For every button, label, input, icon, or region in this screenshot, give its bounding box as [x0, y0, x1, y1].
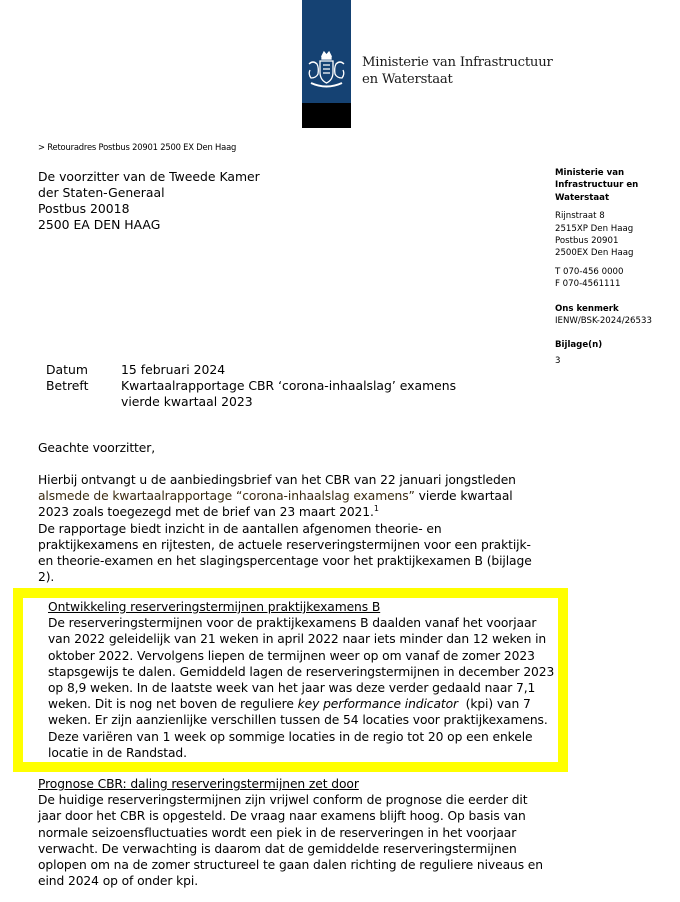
intro-text: 2023 zoals toegezegd met de brief van 23… — [38, 505, 374, 519]
section-line: locatie in de Randstad. — [48, 745, 573, 761]
sender-phone: T 070-456 0000 — [555, 266, 680, 278]
sender-address-line: Postbus 20901 — [555, 235, 680, 247]
sender-name-line: Ministerie van — [555, 167, 680, 179]
reference-block: Ons kenmerk IENW/BSK-2024/26533 — [555, 303, 680, 328]
section-heading: Ontwikkeling reserveringstermijnen prakt… — [48, 599, 573, 615]
reference-label: Ons kenmerk — [555, 303, 680, 315]
section-line: Deze variëren van 1 week op sommige loca… — [48, 729, 573, 745]
sender-name-line: Waterstaat — [555, 192, 680, 204]
ministry-name-line: Ministerie van Infrastructuur — [362, 54, 553, 71]
prognose-section: Prognose CBR: daling reserveringstermijn… — [38, 776, 578, 889]
section-line: weken. Er zijn aanzienlijke verschillen … — [48, 712, 573, 728]
intro-line: 2023 zoals toegezegd met de brief van 23… — [38, 504, 578, 520]
section-line: jaar door het CBR is opgesteld. De vraag… — [38, 808, 578, 824]
highlighted-section: Ontwikkeling reserveringstermijnen prakt… — [13, 588, 568, 772]
section-line: verwacht. De verwachting is daarom dat d… — [38, 841, 578, 857]
intro-line: Hierbij ontvangt u de aanbiedingsbrief v… — [38, 472, 578, 488]
kpi-term: key performance indicator — [298, 697, 458, 711]
sender-fax: F 070-4561111 — [555, 278, 680, 290]
date-value: 15 februari 2024 — [121, 362, 225, 378]
subject-row: Betreft Kwartaalrapportage CBR ‘corona-i… — [46, 378, 456, 410]
sender-address-line: 2500EX Den Haag — [555, 247, 680, 259]
addressee-block: De voorzitter van de Tweede Kamer der St… — [38, 169, 260, 233]
subject-line: vierde kwartaal 2023 — [121, 394, 456, 410]
intro-text: vierde kwartaal — [415, 489, 513, 503]
sender-address: Rijnstraat 8 2515XP Den Haag Postbus 209… — [555, 210, 680, 260]
intro-line: praktijkexamens en rijtesten, de actuele… — [38, 537, 578, 553]
sender-sidebar: Ministerie van Infrastructuur en Waterst… — [555, 167, 680, 373]
section-line: weken. Dit is nog net boven de reguliere… — [48, 696, 573, 712]
sender-address-line: Rijnstraat 8 — [555, 210, 680, 222]
subject-line: Kwartaalrapportage CBR ‘corona-inhaalsla… — [121, 378, 456, 394]
ministry-name: Ministerie van Infrastructuur en Waterst… — [362, 54, 553, 88]
subject-label: Betreft — [46, 378, 121, 410]
subject-value: Kwartaalrapportage CBR ‘corona-inhaalsla… — [121, 378, 456, 410]
section-line: stapsgewijs te dalen. Gemiddeld lagen de… — [48, 664, 573, 680]
footnote-marker[interactable]: 1 — [374, 504, 379, 513]
addressee-line: 2500 EA DEN HAAG — [38, 217, 260, 233]
intro-line: 2). — [38, 569, 578, 585]
section-line: oplopen om na de zomer structureel te ga… — [38, 857, 578, 873]
section-line: op 8,9 weken. In de laatste week van het… — [48, 680, 573, 696]
sender-address-line: 2515XP Den Haag — [555, 223, 680, 235]
addressee-line: De voorzitter van de Tweede Kamer — [38, 169, 260, 185]
section-line: De reserveringstermijnen voor de praktij… — [48, 615, 573, 631]
section-text: (kpi) van 7 — [458, 697, 531, 711]
highlighted-section-content: Ontwikkeling reserveringstermijnen prakt… — [48, 599, 573, 761]
logo-black-band — [302, 103, 351, 128]
date-row: Datum 15 februari 2024 — [46, 362, 456, 378]
attachments-block: Bijlage(n) 3 — [555, 339, 680, 367]
sender-name: Ministerie van Infrastructuur en Waterst… — [555, 167, 680, 204]
section-heading: Prognose CBR: daling reserveringstermijn… — [38, 776, 578, 792]
sender-name-line: Infrastructuur en — [555, 179, 680, 191]
intro-line: alsmede de kwartaalrapportage “corona-in… — [38, 488, 578, 504]
intro-line: en theorie-examen en het slagingspercent… — [38, 553, 578, 569]
sender-contact: T 070-456 0000 F 070-4561111 — [555, 266, 680, 291]
return-address: > Retouradres Postbus 20901 2500 EX Den … — [38, 142, 236, 152]
section-line: van 2022 geleidelijk van 21 weken in apr… — [48, 631, 573, 647]
attachments-label: Bijlage(n) — [555, 339, 680, 351]
section-line: De huidige reserveringstermijnen zijn vr… — [38, 792, 578, 808]
intro-paragraph: Hierbij ontvangt u de aanbiedingsbrief v… — [38, 472, 578, 585]
ministry-logo — [302, 0, 351, 128]
addressee-line: der Staten-Generaal — [38, 185, 260, 201]
section-line: oktober 2022. Vervolgens liepen de termi… — [48, 648, 573, 664]
addressee-line: Postbus 20018 — [38, 201, 260, 217]
reference-value: IENW/BSK-2024/26533 — [555, 315, 680, 327]
intro-link-text: alsmede de kwartaalrapportage “corona-in… — [38, 489, 415, 503]
section-text: weken. Dit is nog net boven de reguliere — [48, 697, 298, 711]
date-label: Datum — [46, 362, 121, 378]
section-line: normale seizoensfluctuaties wordt een pi… — [38, 825, 578, 841]
intro-line: De rapportage biedt inzicht in de aantal… — [38, 521, 578, 537]
attachments-value: 3 — [555, 355, 680, 367]
letter-meta: Datum 15 februari 2024 Betreft Kwartaalr… — [46, 362, 456, 410]
salutation: Geachte voorzitter, — [38, 440, 578, 456]
section-line: eind 2024 op of onder kpi. — [38, 873, 578, 889]
rijksoverheid-crest-icon — [305, 50, 348, 92]
ministry-name-line: en Waterstaat — [362, 71, 553, 88]
